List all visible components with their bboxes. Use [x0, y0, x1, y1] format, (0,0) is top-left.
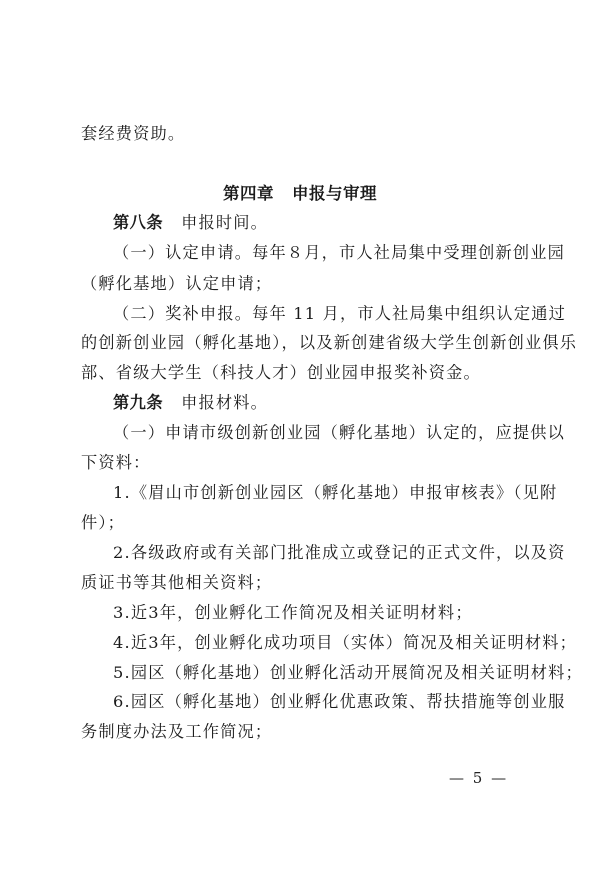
- list-item: 6.园区（孵化基地）创业孵化优惠政策、帮扶措施等创业服: [113, 692, 521, 712]
- article-label: 第九条: [113, 393, 163, 412]
- article-label: 第八条: [113, 213, 163, 232]
- chapter-title: 申报与审理: [292, 184, 377, 203]
- paragraph-line: 质证书等其他相关资料；: [81, 573, 521, 593]
- paragraph-line: （孵化基地）认定申请；: [81, 274, 521, 294]
- paragraph-line: （一）申请市级创新创业园（孵化基地）认定的，应提供以: [113, 423, 521, 443]
- paragraph-line: 的创新创业园（孵化基地），以及新创建省级大学生创新创业俱乐: [81, 333, 521, 353]
- article-title: 申报时间。: [181, 213, 268, 232]
- list-item: 5.园区（孵化基地）创业孵化活动开展简况及相关证明材料；: [113, 663, 521, 683]
- paragraph-line: （二）奖补申报。每年 11 月，市人社局集中组织认定通过: [113, 304, 521, 324]
- document-page: 套经费资助。 第四章申报与审理 第八条申报时间。 （一）认定申请。每年８月，市人…: [0, 0, 600, 875]
- paragraph-line: 件）；: [81, 513, 521, 533]
- article-9-heading: 第九条申报材料。: [113, 393, 521, 413]
- page-number: — 5 —: [449, 768, 508, 788]
- list-item: 4.近3年，创业孵化成功项目（实体）简况及相关证明材料；: [113, 633, 521, 653]
- article-title: 申报材料。: [181, 393, 268, 412]
- list-item: 3.近3年，创业孵化工作简况及相关证明材料；: [113, 603, 521, 623]
- paragraph-line: （一）认定申请。每年８月，市人社局集中受理创新创业园: [113, 243, 521, 263]
- paragraph-line: 下资料：: [81, 453, 521, 473]
- paragraph-line: 务制度办法及工作简况；: [81, 722, 521, 742]
- article-8-heading: 第八条申报时间。: [113, 213, 521, 233]
- chapter-number: 第四章: [223, 184, 274, 203]
- continuation-text: 套经费资助。: [81, 124, 521, 144]
- list-item: 1.《眉山市创新创业园区（孵化基地）申报审核表》（见附: [113, 483, 521, 503]
- chapter-heading: 第四章申报与审理: [0, 184, 600, 204]
- list-item: 2.各级政府或有关部门批准成立或登记的正式文件，以及资: [113, 543, 521, 563]
- paragraph-line: 部、省级大学生（科技人才）创业园申报奖补资金。: [81, 363, 521, 383]
